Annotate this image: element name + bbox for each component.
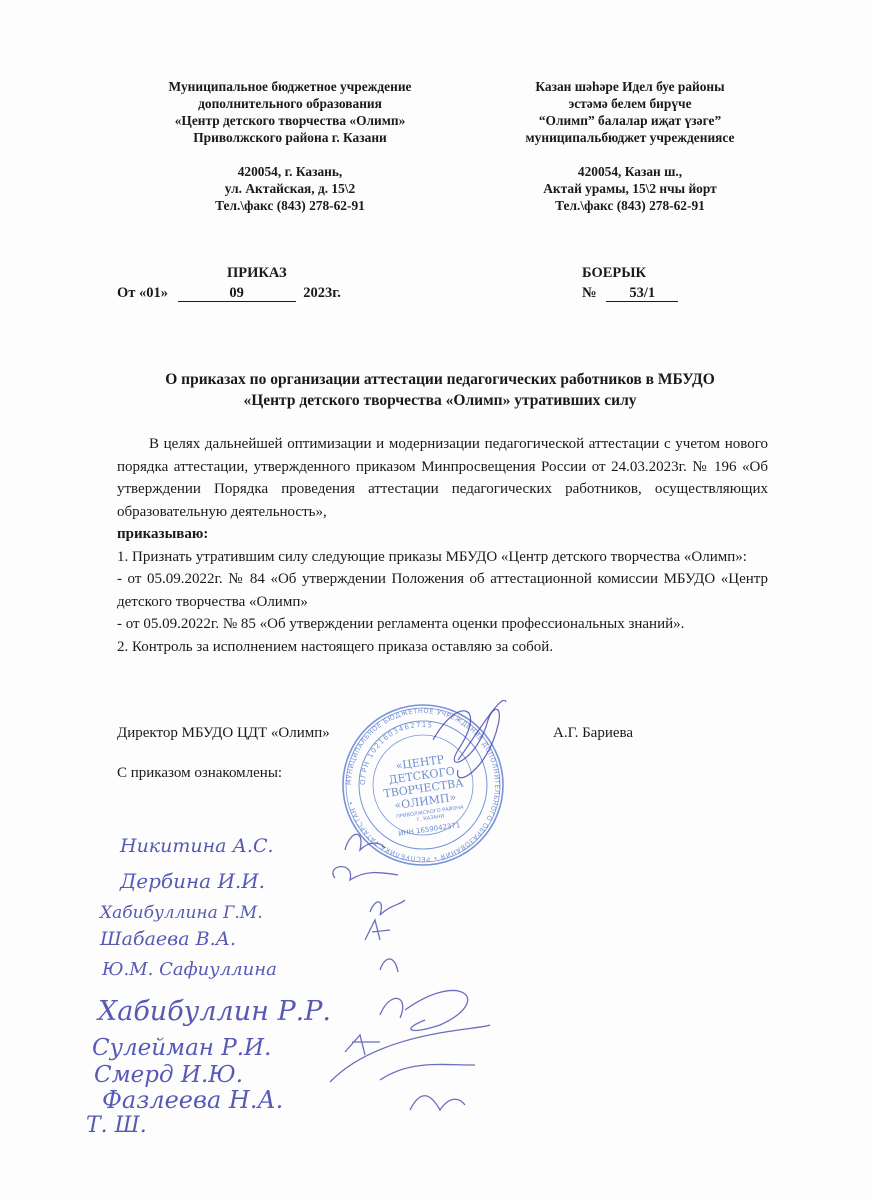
address-line: 420054, Казан ш., xyxy=(480,163,780,180)
handwritten-name: Смерд И.Ю. xyxy=(94,1062,243,1088)
order-body: В целях дальнейшей оптимизации и модерни… xyxy=(117,433,768,658)
order-subject: О приказах по организации аттестации пед… xyxy=(110,369,770,411)
signatory-name: А.Г. Бариева xyxy=(553,723,633,743)
order-title-tatar: БОЕРЫК xyxy=(582,263,742,283)
number-value: 53/1 xyxy=(606,285,678,302)
subject-line: «Центр детского творчества «Олимп» утрат… xyxy=(110,390,770,411)
order-number: № 53/1 xyxy=(582,283,742,303)
handwritten-name: Никитина А.С. xyxy=(119,835,274,857)
header-line: «Центр детского творчества «Олимп» xyxy=(130,112,450,129)
handwritten-name: Ю.М. Сафиуллина xyxy=(101,959,277,980)
item-1b: - от 05.09.2022г. № 85 «Об утверждении р… xyxy=(117,613,768,636)
header-left-russian: Муниципальное бюджетное учреждение допол… xyxy=(130,78,450,214)
item-2: 2. Контроль за исполнением настоящего пр… xyxy=(117,636,768,659)
header-line: дополнительного образования xyxy=(130,95,450,112)
header-line: Муниципальное бюджетное учреждение xyxy=(130,78,450,95)
handwritten-name: Фазлеева Н.А. xyxy=(102,1086,283,1114)
date-month: 09 xyxy=(178,285,296,302)
handwritten-name: Шабаева В.А. xyxy=(99,928,236,950)
order-heading-tatar: БОЕРЫК № 53/1 xyxy=(582,263,742,303)
item-1: 1. Признать утратившим силу следующие пр… xyxy=(117,546,768,569)
order-date: От «01» 09 2023г. xyxy=(117,283,357,303)
signature-scribble xyxy=(345,834,385,850)
handwritten-name: Хабибуллина Г.М. xyxy=(98,903,263,923)
header-line: эстәмә белем бирүче xyxy=(480,95,780,112)
decree-word: приказываю: xyxy=(117,523,768,546)
document-page: Муниципальное бюджетное учреждение допол… xyxy=(0,0,872,1200)
item-1a: - от 05.09.2022г. № 84 «Об утверждении П… xyxy=(117,568,768,613)
date-prefix: От «01» xyxy=(117,285,168,301)
order-heading-russian: ПРИКАЗ От «01» 09 2023г. xyxy=(117,263,357,303)
header-line: муниципальбюджет учреждениясе xyxy=(480,129,780,146)
address-line: ул. Актайская, д. 15\2 xyxy=(130,180,450,197)
header-line: Приволжского района г. Казани xyxy=(130,129,450,146)
handwritten-signatures: Никитина А.С. Дербина И.И. Хабибуллина Г… xyxy=(80,780,500,1140)
signatory-position: Директор МБУДО ЦДТ «Олимп» xyxy=(117,725,330,741)
intro-paragraph: В целях дальнейшей оптимизации и модерни… xyxy=(117,433,768,523)
address-line: 420054, г. Казань, xyxy=(130,163,450,180)
order-title: ПРИКАЗ xyxy=(117,263,357,283)
handwritten-name: Сулейман Р.И. xyxy=(92,1035,271,1061)
address-line: Актай урамы, 15\2 нчы йорт xyxy=(480,180,780,197)
number-prefix: № xyxy=(582,285,597,301)
handwritten-name: Дербина И.И. xyxy=(119,869,265,893)
handwritten-name: Т. Ш. xyxy=(86,1113,147,1138)
header-right-tatar: Казан шәһәре Идел буе районы эстәмә беле… xyxy=(480,78,780,214)
subject-line: О приказах по организации аттестации пед… xyxy=(110,369,770,390)
date-year: 2023г. xyxy=(303,285,341,301)
address-line: Тел.\факс (843) 278-62-91 xyxy=(130,197,450,214)
header-line: “Олимп” балалар иҗат үзәге” xyxy=(480,112,780,129)
address-line: Тел.\факс (843) 278-62-91 xyxy=(480,197,780,214)
header-line: Казан шәһәре Идел буе районы xyxy=(480,78,780,95)
handwritten-name: Хабибуллин Р.Р. xyxy=(96,996,331,1027)
